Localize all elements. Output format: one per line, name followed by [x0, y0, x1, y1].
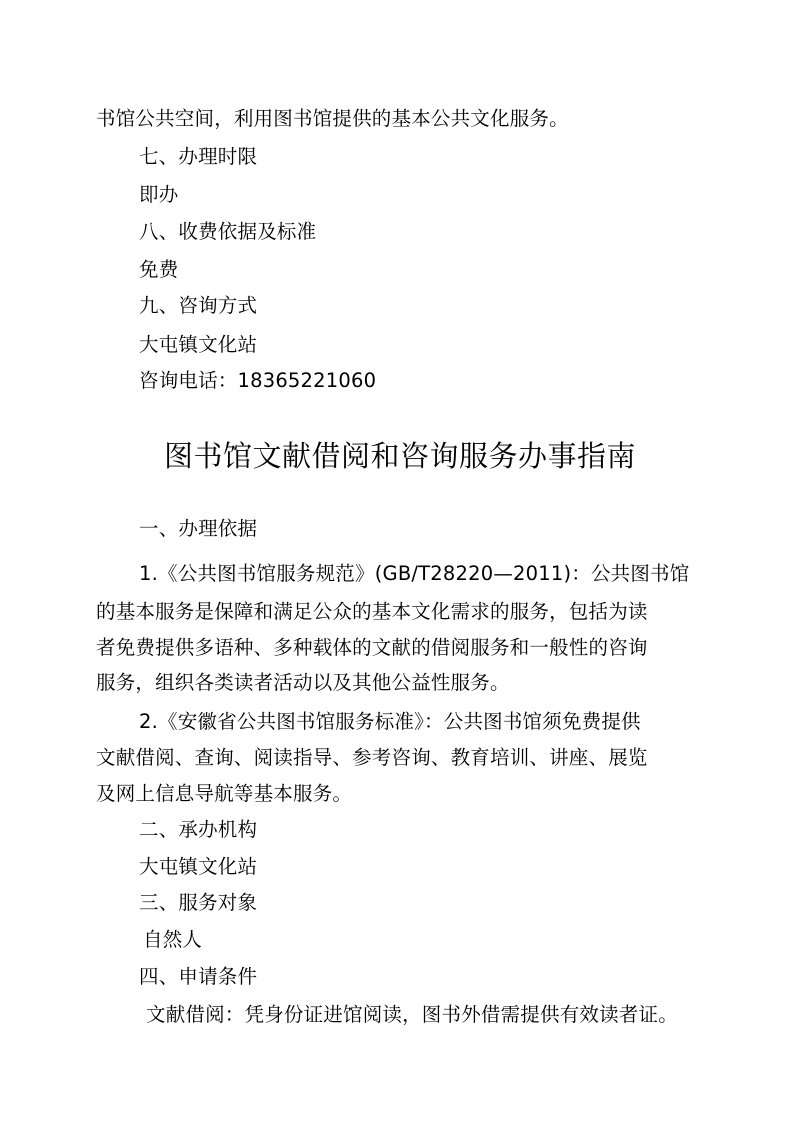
guide-s1-item2-line1: 2.《安徽省公共图书馆服务标准》：公共图书馆须免费提供: [139, 710, 641, 734]
guide-s1-item1-line4: 服务，组织各类读者活动以及其他公益性服务。: [96, 671, 510, 695]
section-8-content: 免费: [139, 258, 178, 282]
guide-s1-heading: 一、办理依据: [139, 517, 257, 541]
guide-s1-item1-line2: 的基本服务是保障和满足公众的基本文化需求的服务，包括为读: [96, 600, 648, 624]
section-9-phone: 咨询电话：18365221060: [139, 369, 376, 393]
document-page: 书馆公共空间，利用图书馆提供的基本公共文化服务。 七、办理时限 即办 八、收费依…: [0, 0, 793, 1122]
guide-s4-content: 文献借阅：凭身份证进馆阅读，图书外借需提供有效读者证。: [146, 1003, 678, 1027]
guide-s4-heading: 四、申请条件: [139, 965, 257, 989]
section-9-heading: 九、咨询方式: [139, 294, 257, 318]
guide-s1-item2-line2: 文献借阅、查询、阅读指导、参考咨询、教育培训、讲座、展览: [96, 746, 648, 770]
section-9-org: 大屯镇文化站: [139, 333, 257, 357]
guide-s2-heading: 二、承办机构: [139, 818, 257, 842]
guide-s1-item2-line3: 及网上信息导航等基本服务。: [96, 782, 352, 806]
continuation-text: 书馆公共空间，利用图书馆提供的基本公共文化服务。: [96, 107, 569, 131]
guide-s2-content: 大屯镇文化站: [139, 855, 257, 879]
guide-s3-heading: 三、服务对象: [139, 891, 257, 915]
guide-s3-content: 自然人: [143, 928, 202, 952]
guide-title: 图书馆文献借阅和咨询服务办事指南: [164, 438, 636, 474]
guide-s1-item1-line3: 者免费提供多语种、多种载体的文献的借阅服务和一般性的咨询: [96, 636, 648, 660]
guide-s1-item1-line1: 1.《公共图书馆服务规范》(GB/T28220—2011)：公共图书馆: [139, 562, 689, 586]
section-7-content: 即办: [139, 183, 178, 207]
section-8-heading: 八、收费依据及标准: [139, 220, 316, 244]
section-7-heading: 七、办理时限: [139, 145, 257, 169]
